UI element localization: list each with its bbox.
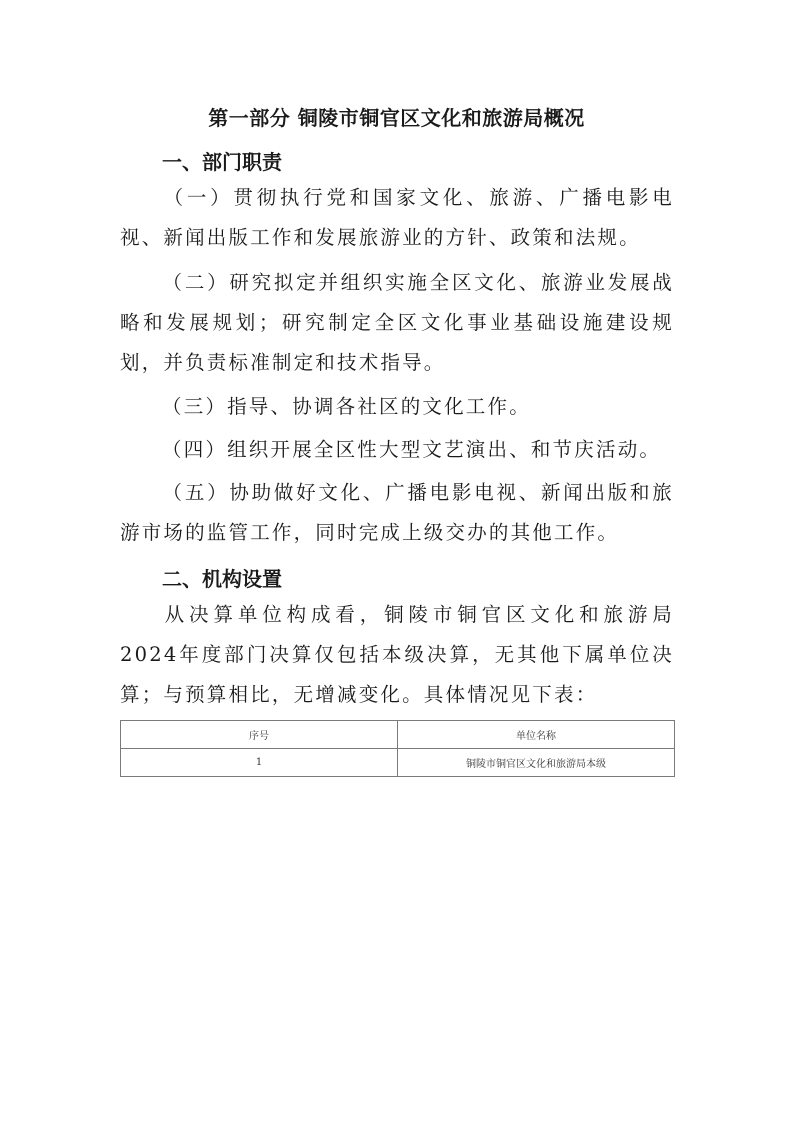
page-title: 第一部分 铜陵市铜官区文化和旅游局概况 (0, 102, 793, 131)
paragraph-duty-1: （一）贯彻执行党和国家文化、旅游、广播电影电视、新闻出版工作和发展旅游业的方针、… (120, 178, 674, 258)
paragraph-structure: 从决算单位构成看，铜陵市铜官区文化和旅游局2024年度部门决算仅包括本级决算，无… (120, 595, 674, 715)
table-header-row: 序号 单位名称 (121, 721, 675, 749)
paragraph-text: 从决算单位构成看，铜陵市铜官区文化和旅游局2024年度部门决算仅包括本级决算，无… (120, 603, 674, 706)
document-page: 第一部分 铜陵市铜官区文化和旅游局概况 一、部门职责 （一）贯彻执行党和国家文化… (0, 0, 793, 1122)
paragraph-text: （二）研究拟定并组织实施全区文化、旅游业发展战略和发展规划；研究制定全区文化事业… (120, 271, 674, 374)
section-heading-duties: 一、部门职责 (162, 146, 282, 175)
cell-unit-name: 铜陵市铜官区文化和旅游局本级 (398, 749, 675, 777)
paragraph-text: （四）组织开展全区性大型文艺演出、和节庆活动。 (162, 438, 661, 461)
paragraph-duty-3: （三）指导、协调各社区的文化工作。 (120, 387, 674, 427)
column-header-unit-name: 单位名称 (398, 721, 675, 749)
paragraph-text: （一）贯彻执行党和国家文化、旅游、广播电影电视、新闻出版工作和发展旅游业的方针、… (120, 186, 674, 249)
cell-index: 1 (121, 749, 398, 777)
paragraph-duty-4: （四）组织开展全区性大型文艺演出、和节庆活动。 (120, 430, 674, 470)
paragraph-text: （五）协助做好文化、广播电影电视、新闻出版和旅游市场的监管工作，同时完成上级交办… (120, 481, 674, 544)
column-header-index: 序号 (121, 721, 398, 749)
paragraph-duty-2: （二）研究拟定并组织实施全区文化、旅游业发展战略和发展规划；研究制定全区文化事业… (120, 263, 674, 383)
paragraph-text: （三）指导、协调各社区的文化工作。 (162, 395, 531, 418)
paragraph-duty-5: （五）协助做好文化、广播电影电视、新闻出版和旅游市场的监管工作，同时完成上级交办… (120, 473, 674, 553)
units-table: 序号 单位名称 1 铜陵市铜官区文化和旅游局本级 (120, 720, 675, 777)
section-heading-structure: 二、机构设置 (162, 563, 282, 592)
table-row: 1 铜陵市铜官区文化和旅游局本级 (121, 749, 675, 777)
